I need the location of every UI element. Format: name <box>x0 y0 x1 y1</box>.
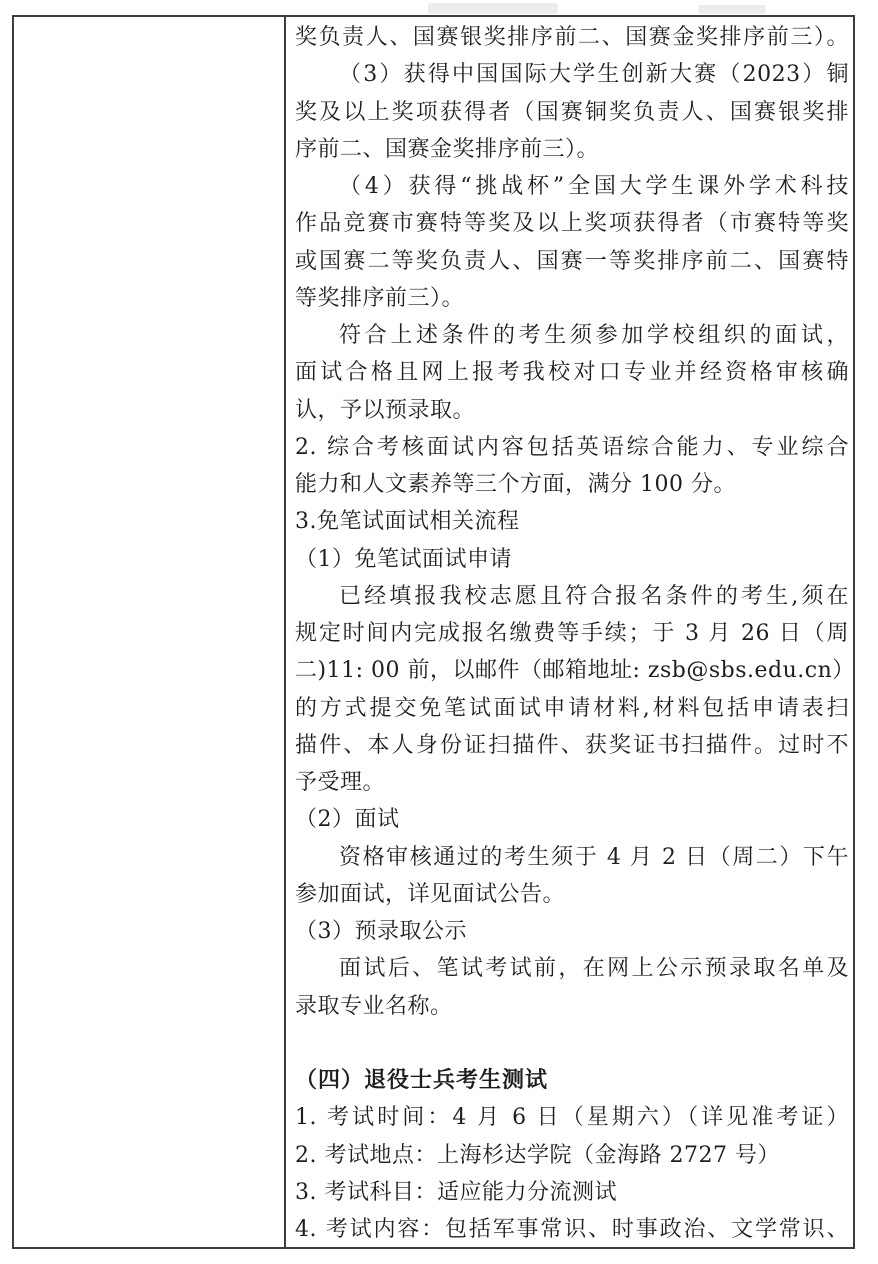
text-line: （3）获得中国国际大学生创新大赛（2023）铜 <box>295 56 849 93</box>
text-line: 3.免笔试面试相关流程 <box>295 503 849 540</box>
text-line: （1）免笔试面试申请 <box>295 541 849 578</box>
text-line: 录取专业名称。 <box>295 988 849 1025</box>
text-line: （4）获得“挑战杯”全国大学生课外学术科技 <box>295 168 849 205</box>
text-line: 或国赛二等奖负责人、国赛一等奖排序前二、国赛特 <box>295 243 849 280</box>
text-line: 2. 考试地点：上海杉达学院（金海路 2727 号） <box>295 1137 849 1174</box>
text-line: 4. 考试内容：包括军事常识、时事政治、文学常识、 <box>295 1211 849 1247</box>
text-line: 认，予以预录取。 <box>295 392 849 429</box>
text-line: 面试后、笔试考试前，在网上公示预录取名单及 <box>295 950 849 987</box>
text-line: 符合上述条件的考生须参加学校组织的面试， <box>295 317 849 354</box>
text-line: 2. 综合考核面试内容包括英语综合能力、专业综合 <box>295 429 849 466</box>
text-line: （3）预录取公示 <box>295 913 849 950</box>
table-cell-text: 奖负责人、国赛银奖排序前二、国赛金奖排序前三）。（3）获得中国国际大学生创新大赛… <box>286 17 853 1247</box>
text-line: 二)11: 00 前，以邮件（邮箱地址: zsb@sbs.edu.cn） <box>295 652 849 689</box>
text-line: 序前二、国赛金奖排序前三）。 <box>295 131 849 168</box>
scan-artifact <box>698 5 766 14</box>
text-line: 1. 考试时间：4 月 6 日（星期六）（详见准考证） <box>295 1099 849 1136</box>
blank-line <box>295 1025 849 1062</box>
text-line: 作品竞赛市赛特等奖及以上奖项获得者（市赛特等奖 <box>295 205 849 242</box>
document-table: 奖负责人、国赛银奖排序前二、国赛金奖排序前三）。（3）获得中国国际大学生创新大赛… <box>12 15 855 1249</box>
section-heading: （四）退役士兵考生测试 <box>295 1062 849 1099</box>
text-line: 已经填报我校志愿且符合报名条件的考生,须在 <box>295 578 849 615</box>
text-line: （2）面试 <box>295 801 849 838</box>
text-line: 能力和人文素养等三个方面，满分 100 分。 <box>295 466 849 503</box>
text-line: 予受理。 <box>295 764 849 801</box>
text-line: 面试合格且网上报考我校对口专业并经资格审核确 <box>295 354 849 391</box>
text-line: 描件、本人身份证扫描件、获奖证书扫描件。过时不 <box>295 727 849 764</box>
text-line: 参加面试，详见面试公告。 <box>295 876 849 913</box>
text-line: 资格审核通过的考生须于 4 月 2 日（周二）下午 <box>295 839 849 876</box>
text-line: 等奖排序前三）。 <box>295 280 849 317</box>
text-line: 的方式提交免笔试面试申请材料,材料包括申请表扫 <box>295 690 849 727</box>
text-line: 规定时间内完成报名缴费等手续；于 3 月 26 日（周 <box>295 615 849 652</box>
text-line: 奖负责人、国赛银奖排序前二、国赛金奖排序前三）。 <box>295 19 849 56</box>
scan-artifact <box>428 3 558 14</box>
text-line: 奖及以上奖项获得者（国赛铜奖负责人、国赛银奖排 <box>295 94 849 131</box>
table-cell-empty <box>14 17 286 1247</box>
text-line: 3. 考试科目：适应能力分流测试 <box>295 1174 849 1211</box>
